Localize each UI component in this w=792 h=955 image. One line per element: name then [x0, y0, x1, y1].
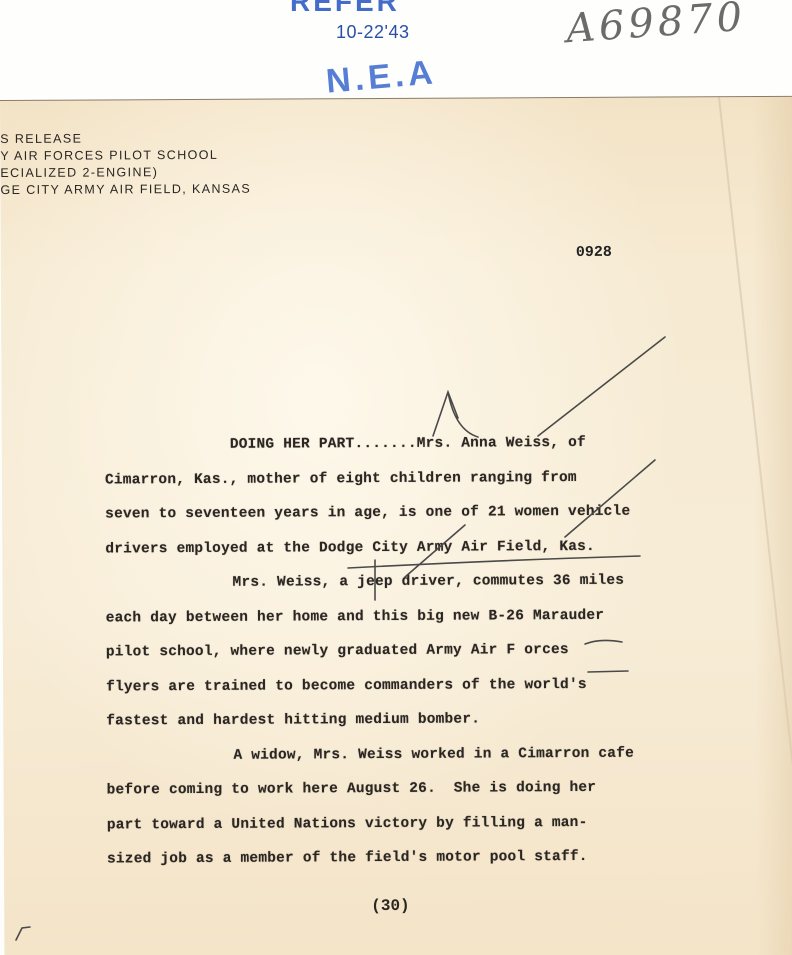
stamp-refer-text: REFER	[290, 0, 400, 18]
letterhead-line: S RELEASE	[0, 130, 251, 148]
body-line: sized job as a member of the field's mot…	[107, 839, 747, 877]
paragraph-1: DOING HER PART.......Mrs. Anna Weiss, of…	[105, 425, 746, 566]
body-line: Cimarron, Kas., mother of eight children…	[105, 460, 745, 498]
letterhead: S RELEASE Y AIR FORCES PILOT SCHOOL ECIA…	[0, 130, 251, 199]
stamp-date: 10-22'43	[336, 22, 410, 43]
body-line: drivers employed at the Dodge City Army …	[105, 529, 745, 567]
body-line: seven to seventeen years in age, is one …	[105, 494, 745, 532]
press-release-page: S RELEASE Y AIR FORCES PILOT SCHOOL ECIA…	[0, 96, 792, 955]
body-line: before coming to work here August 26. Sh…	[107, 770, 747, 808]
letterhead-line: Y AIR FORCES PILOT SCHOOL	[0, 147, 251, 165]
paragraph-3: A widow, Mrs. Weiss worked in a Cimarron…	[106, 736, 747, 877]
body-line: pilot school, where newly graduated Army…	[106, 632, 746, 670]
letterhead-line: GE CITY ARMY AIR FIELD, KANSAS	[0, 181, 251, 199]
body-line: Mrs. Weiss, a jeep driver, commutes 36 m…	[105, 563, 745, 601]
letterhead-line: ECIALIZED 2-ENGINE)	[0, 164, 251, 182]
release-number: 0928	[576, 244, 612, 261]
body-line: part toward a United Nations victory by …	[107, 805, 747, 843]
body-line: each day between her home and this big n…	[106, 598, 746, 636]
page-number-footer: (30)	[371, 897, 409, 915]
headline-line: DOING HER PART.......Mrs. Anna Weiss, of	[105, 425, 745, 463]
body-line: flyers are trained to become commanders …	[106, 667, 746, 705]
body-line: fastest and hardest hitting medium bombe…	[106, 701, 746, 739]
paragraph-2: Mrs. Weiss, a jeep driver, commutes 36 m…	[105, 563, 746, 739]
article-body: DOING HER PART.......Mrs. Anna Weiss, of…	[105, 425, 747, 877]
body-line: A widow, Mrs. Weiss worked in a Cimarron…	[106, 736, 746, 774]
